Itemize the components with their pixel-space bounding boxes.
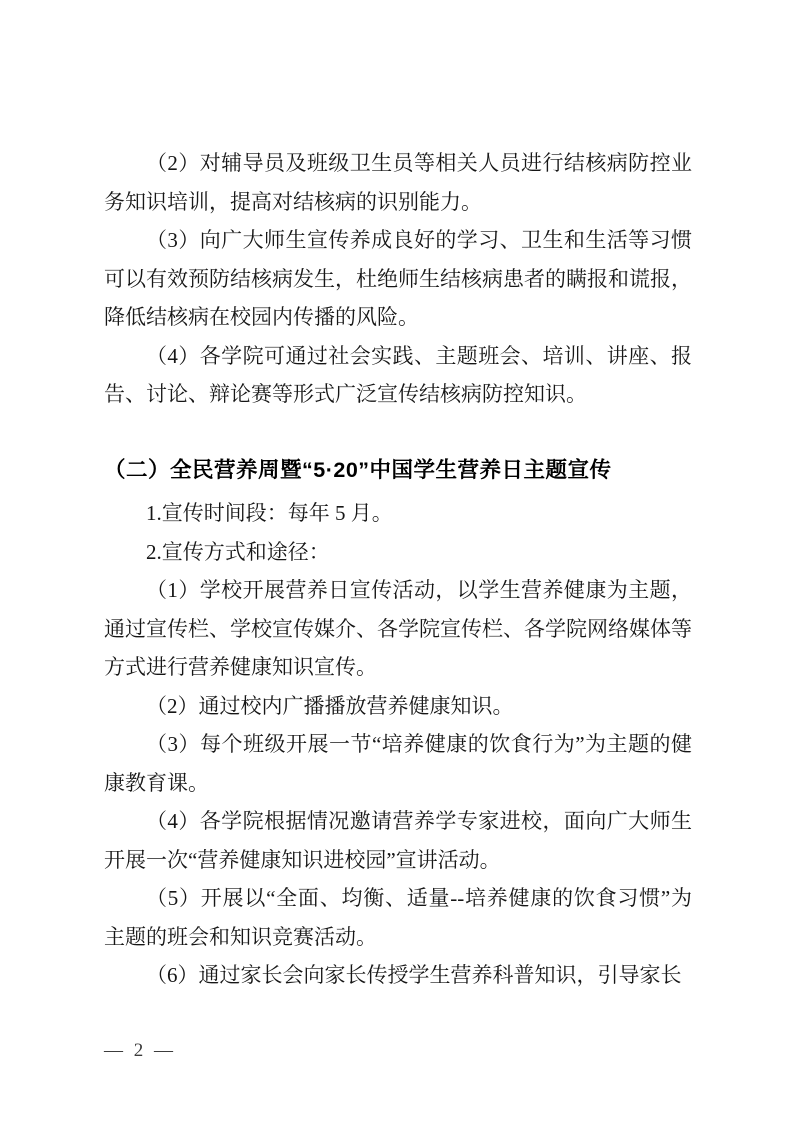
paragraph-nutrition-item-3: （3）每个班级开展一节“培养健康的饮食行为”为主题的健康教育课。 — [104, 725, 692, 802]
paragraph-tb-item-3: （3）向广大师生宣传养成良好的学习、卫生和生活等习惯可以有效预防结核病发生，杜绝… — [104, 221, 692, 337]
page-number: — 2 — — [104, 1040, 176, 1062]
paragraph-nutrition-item-1: （1）学校开展营养日宣传活动，以学生营养健康为主题，通过宣传栏、学校宣传媒介、各… — [104, 571, 692, 687]
paragraph-nutrition-time: 1.宣传时间段：每年 5 月。 — [104, 494, 692, 533]
paragraph-nutrition-item-2: （2）通过校内广播播放营养健康知识。 — [104, 687, 692, 726]
document-page: （2）对辅导员及班级卫生员等相关人员进行结核病防控业务知识培训，提高对结核病的识… — [0, 0, 793, 1122]
paragraph-nutrition-methods: 2.宣传方式和途径： — [104, 533, 692, 572]
paragraph-tb-item-4: （4）各学院可通过社会实践、主题班会、培训、讲座、报告、讨论、辩论赛等形式广泛宣… — [104, 337, 692, 414]
paragraph-nutrition-item-5: （5）开展以“全面、均衡、适量--培养健康的饮食习惯”为主题的班会和知识竞赛活动… — [104, 879, 692, 956]
document-body: （2）对辅导员及班级卫生员等相关人员进行结核病防控业务知识培训，提高对结核病的识… — [104, 144, 692, 995]
paragraph-nutrition-item-4: （4）各学院根据情况邀请营养学专家进校，面向广大师生开展一次“营养健康知识进校园… — [104, 802, 692, 879]
section-heading-nutrition: （二）全民营养周暨“5·20”中国学生营养日主题宣传 — [104, 451, 692, 490]
paragraph-nutrition-item-6: （6）通过家长会向家长传授学生营养科普知识，引导家长 — [104, 956, 692, 995]
paragraph-tb-item-2: （2）对辅导员及班级卫生员等相关人员进行结核病防控业务知识培训，提高对结核病的识… — [104, 144, 692, 221]
